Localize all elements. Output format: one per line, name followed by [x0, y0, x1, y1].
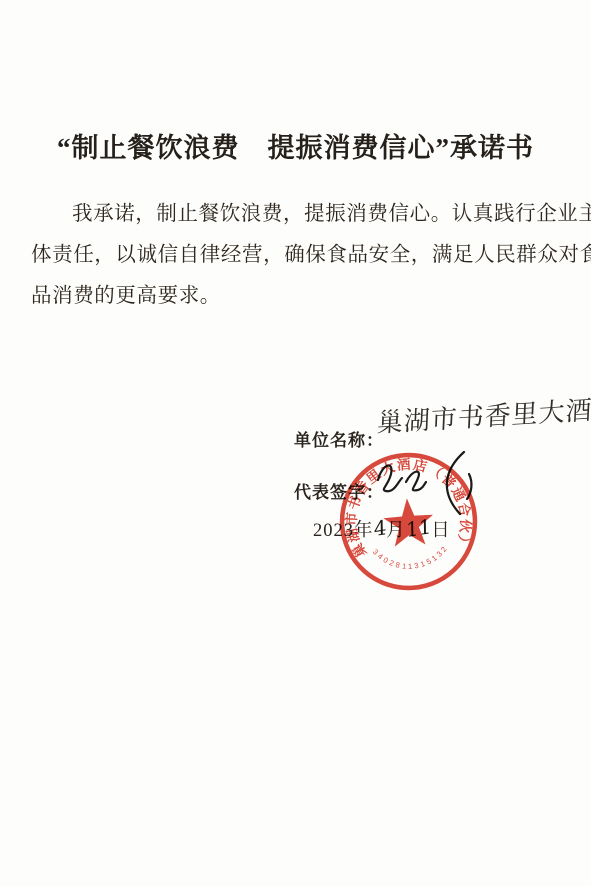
unit-name-handwritten: 巢湖市书香里大酒店 [376, 388, 591, 440]
document-title: “制止餐饮浪费 提振消费信心”承诺书 [0, 126, 591, 165]
scanned-commitment-letter: “制止餐饮浪费 提振消费信心”承诺书 我承诺，制止餐饮浪费，提振消费信心。认真践… [0, 0, 591, 886]
body-line-1: 我承诺，制止餐饮浪费，提振消费信心。认真践行企业主 [31, 194, 565, 235]
seal-star-icon [382, 497, 435, 548]
company-seal: 巢湖市书香里大酒店（普通合伙） 3402811315132 [328, 441, 489, 602]
seal-serial-number: 3402811315132 [371, 542, 452, 573]
svg-text:3402811315132: 3402811315132 [371, 542, 452, 573]
body-line-3: 品消费的更高要求。 [31, 276, 565, 317]
body-paragraph: 我承诺，制止餐饮浪费，提振消费信心。认真践行企业主 体责任，以诚信自律经营，确保… [31, 194, 565, 317]
unit-name-label: 单位名称： [294, 426, 384, 451]
body-line-2: 体责任，以诚信自律经营，确保食品安全，满足人民群众对食 [31, 235, 565, 276]
